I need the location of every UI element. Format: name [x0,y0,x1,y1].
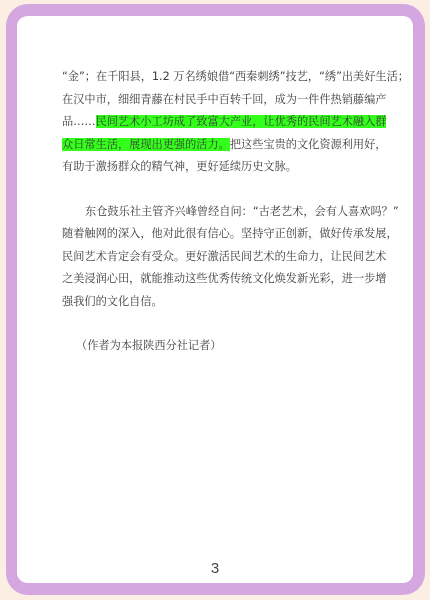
text-line: 有助于激扬群众的精气神，更好延续历史文脉。 [62,156,378,179]
paragraph-2: 东仓鼓乐社主管齐兴峰曾经自问：“古老艺术，会有人喜欢吗？” 随着触网的深入，他对… [62,201,378,314]
text-line: 众日常生活，展现出更强的活力。把这些宝贵的文化资源利用好， [62,134,378,157]
text-fragment: 品…… [62,115,96,128]
highlighted-text[interactable]: 民间艺术小工坊成了致富大产业，让优秀的民间艺术融入群 [96,115,387,128]
text-line: 民间艺术肯定会有受众。更好激活民间艺术的生命力，让民间艺术 [62,246,378,269]
byline: （作者为本报陕西分社记者） [62,335,378,358]
text-line: 品……民间艺术小工坊成了致富大产业，让优秀的民间艺术融入群 [62,111,378,134]
text-fragment: 把这些宝贵的文化资源利用好， [230,138,387,151]
text-line: 在汉中市，细细青藤在村民手中百转千回，成为一件件热销藤编产 [62,89,378,112]
text-line: 随着触网的深入，他对此很有信心。坚持守正创新，做好传承发展， [62,223,378,246]
paragraph-1: “金”；在千阳县，1.2 万名绣娘借“西秦刺绣”技艺，“绣”出美好生活； 在汉中… [62,66,378,179]
text-line: 强我们的文化自信。 [62,291,378,314]
highlighted-text[interactable]: 众日常生活，展现出更强的活力。 [62,138,230,151]
text-line: 东仓鼓乐社主管齐兴峰曾经自问：“古老艺术，会有人喜欢吗？” [62,201,378,224]
text-line: “金”；在千阳县，1.2 万名绣娘借“西秦刺绣”技艺，“绣”出美好生活； [62,66,378,89]
text-line: 之美浸润心田，就能推动这些优秀传统文化焕发新光彩，进一步增 [62,268,378,291]
document-body: “金”；在千阳县，1.2 万名绣娘借“西秦刺绣”技艺，“绣”出美好生活； 在汉中… [62,66,378,358]
page-number: 3 [0,560,430,577]
